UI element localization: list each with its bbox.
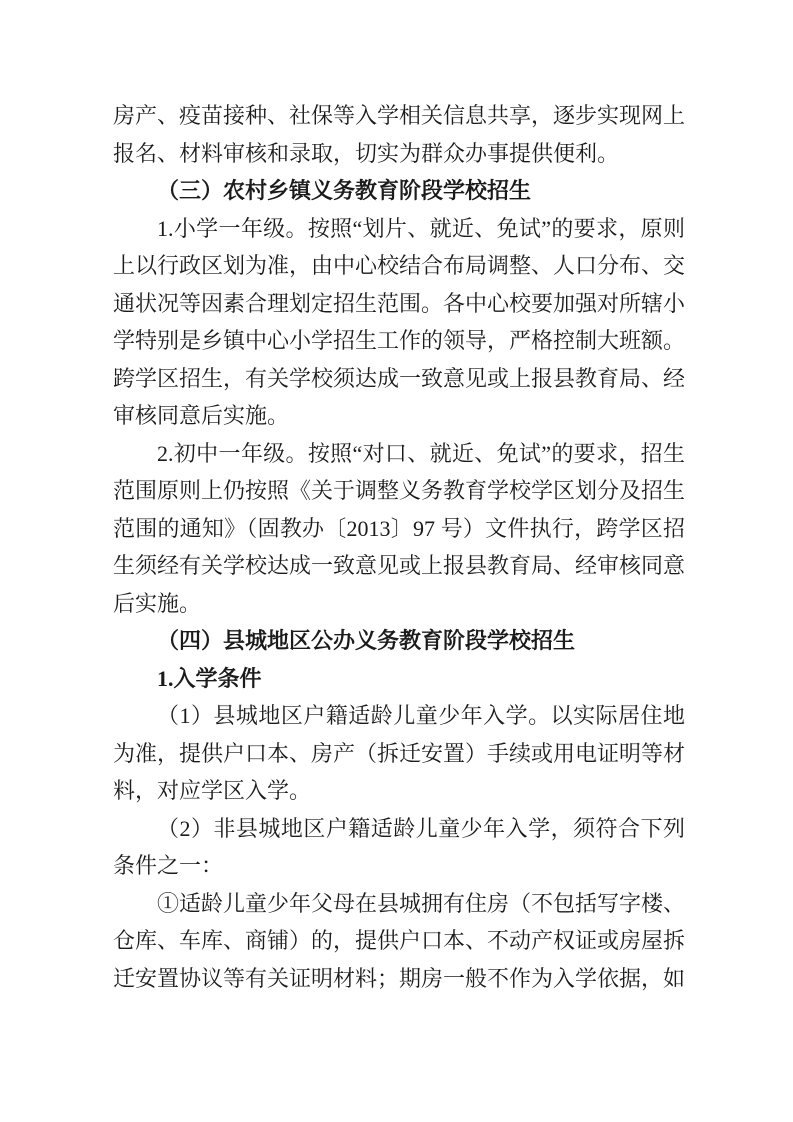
paragraph-condition-2: （2）非县城地区户籍适龄儿童少年入学，须符合下列条件之一： xyxy=(113,810,685,885)
subsection-heading-enrollment-conditions: 1.入学条件 xyxy=(113,660,685,698)
paragraph-middle-school: 2.初中一年级。按照“对口、就近、免试”的要求，招生范围原则上仍按照《关于调整义… xyxy=(113,435,685,623)
paragraph-primary-school: 1.小学一年级。按照“划片、就近、免试”的要求，原则上以行政区划为准，由中心校结… xyxy=(113,210,685,435)
paragraph-condition-1: （1）县城地区户籍适龄儿童少年入学。以实际居住地为准，提供户口本、房产（拆迁安置… xyxy=(113,697,685,810)
document-page: 房产、疫苗接种、社保等入学相关信息共享，逐步实现网上报名、材料审核和录取，切实为… xyxy=(0,0,793,1122)
paragraph-condition-2-item-1: ①适龄儿童少年父母在县城拥有住房（不包括写字楼、仓库、车库、商铺）的，提供户口本… xyxy=(113,885,685,998)
section-heading-4: （四）县城地区公办义务教育阶段学校招生 xyxy=(113,622,685,660)
section-heading-3: （三）农村乡镇义务教育阶段学校招生 xyxy=(113,172,685,210)
paragraph-continuation: 房产、疫苗接种、社保等入学相关信息共享，逐步实现网上报名、材料审核和录取，切实为… xyxy=(113,97,685,172)
